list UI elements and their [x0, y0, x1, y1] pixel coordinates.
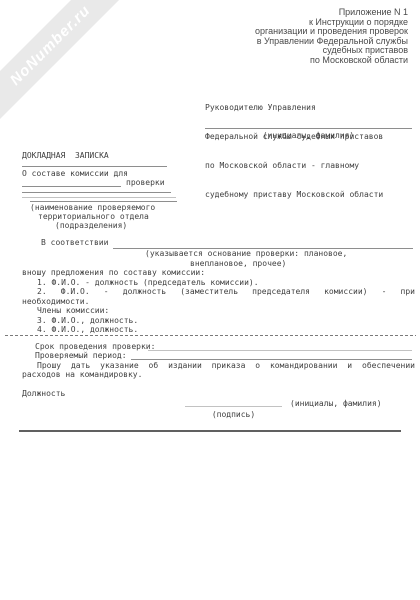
addressee-block: Руководителю Управления Федеральной служ… — [205, 84, 383, 218]
subject-line1: О составе комиссии для — [22, 169, 128, 179]
period-label: Проверяемый период: — [35, 351, 127, 361]
subject-line2: проверки — [126, 178, 165, 188]
dashed-separator — [5, 335, 416, 336]
proposal-intro: вношу предложения по составу комиссии: — [22, 268, 205, 278]
accordance-label: В соответствии — [41, 238, 108, 248]
addressee-line: по Московской области - главному — [205, 161, 383, 171]
commission-item: 3. Ф.И.О., должность. — [37, 316, 138, 326]
initials-hint: (инициалы, фамилия) — [290, 399, 382, 409]
sign-hint: (подпись) — [185, 410, 282, 420]
watermark-text: NoNumber.ru — [7, 2, 94, 89]
addressee-line: Руководителю Управления — [205, 103, 383, 113]
commission-item: 4. Ф.И.О., должность. — [37, 325, 138, 335]
addressee-line: судебному приставу Московской области — [205, 190, 383, 200]
members-label: Члены комиссии: — [37, 306, 109, 316]
request-line: Прошу дать указание об издании приказа о… — [37, 361, 415, 371]
bottom-rule — [19, 430, 401, 432]
document-page: NoNumber.ru Приложение N 1 к Инструкции … — [0, 0, 420, 600]
term-label: Срок проведения проверки: — [35, 342, 155, 352]
appendix-block: Приложение N 1 к Инструкции о порядке ор… — [255, 8, 408, 66]
watermark-ribbon: NoNumber.ru — [0, 0, 136, 131]
position-label: Должность — [22, 389, 65, 399]
commission-item-cont: необходимости. — [22, 297, 89, 307]
subject-caption: (подразделения) — [55, 221, 127, 231]
commission-item: 2. Ф.И.О. - должность (заместитель предс… — [37, 287, 415, 297]
signature-blank-line — [185, 406, 282, 407]
accordance-hint: внеплановое, прочее) — [190, 259, 286, 269]
appendix-line: по Московской области — [255, 56, 408, 66]
memo-title: ДОКЛАДНАЯ ЗАПИСКА — [22, 151, 109, 161]
request-line: расходов на командировку. — [22, 370, 142, 380]
subject-overline — [22, 166, 167, 167]
accordance-hint: (указывается основание проверки: планово… — [145, 249, 347, 259]
addressee-signature-hint: (инициалы, фамилия) — [205, 131, 412, 141]
addressee-signature-line — [205, 128, 412, 129]
subject-field-line-2 — [22, 197, 176, 198]
subject-field-line — [22, 192, 171, 193]
commission-item: 1. Ф.И.О. - должность (председатель коми… — [37, 278, 259, 288]
subject-caption: (наименование проверяемого — [30, 203, 155, 213]
subject-blank-field — [22, 186, 121, 187]
term-blank-field — [148, 350, 412, 351]
